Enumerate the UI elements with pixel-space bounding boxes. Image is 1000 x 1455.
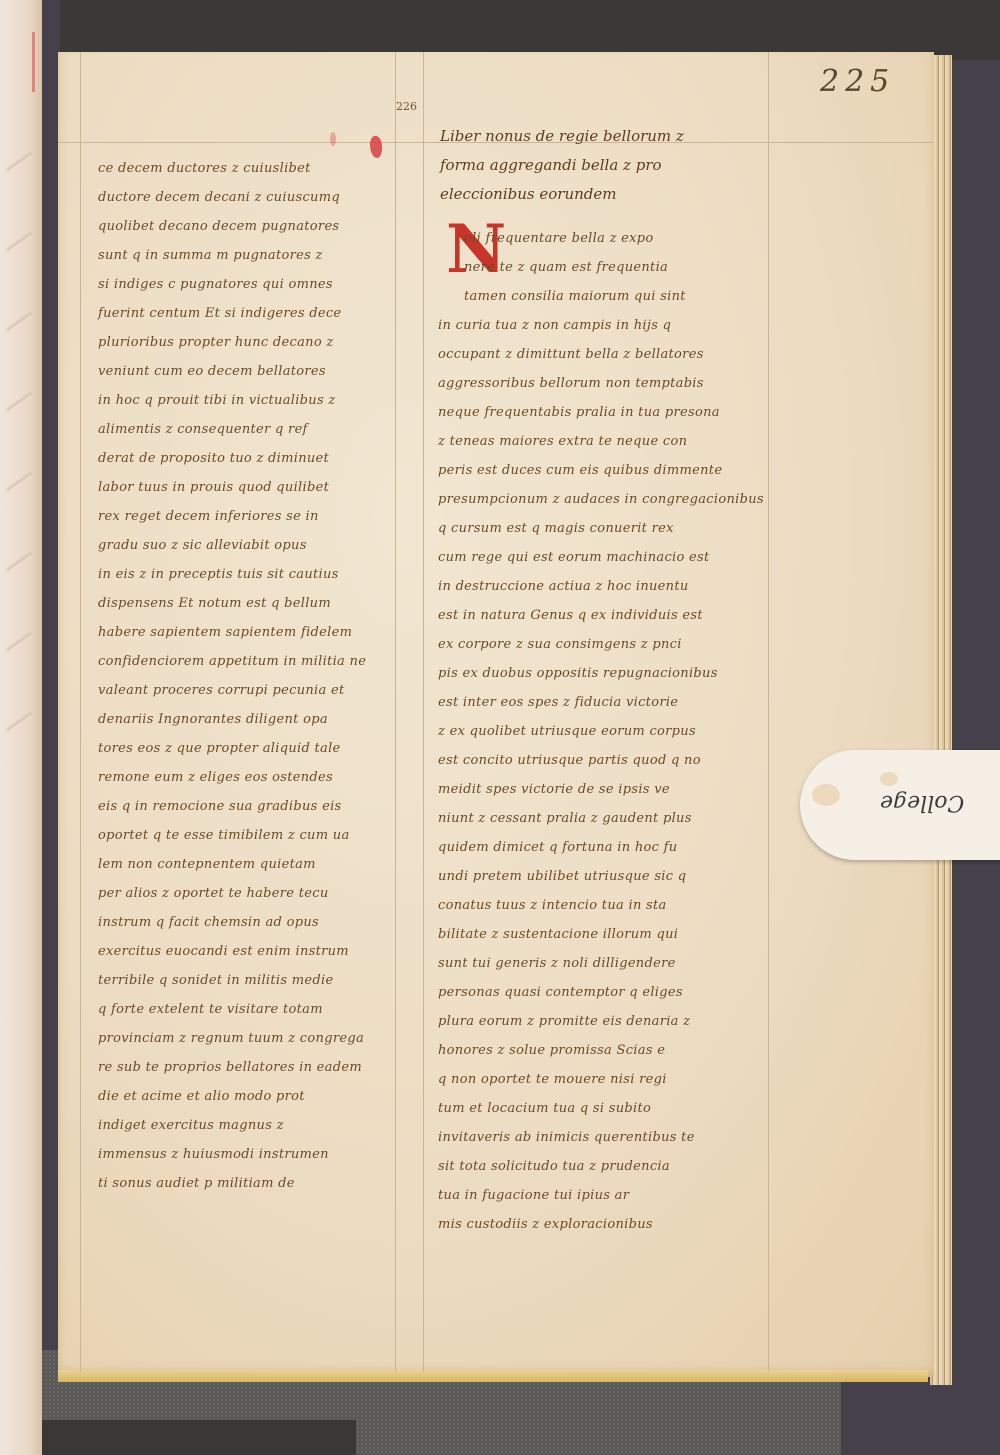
text-line: per alios z oportet te habere tecu [98,879,418,908]
text-line: die et acime et alio modo prot [98,1082,418,1111]
rubric-line: Liber nonus de regie bellorum z [440,122,780,151]
text-line: cum rege qui est eorum machinacio est [438,543,778,572]
text-line: nere te z quam est frequentia [438,253,778,282]
text-line: fuerint centum Et si indigeres dece [98,299,418,328]
text-line: plurioribus propter hunc decano z [98,328,418,357]
text-line: tua in fugacione tui ipius ar [438,1181,778,1210]
folio-number: 225 [820,64,895,99]
text-line: provinciam z regnum tuum z congrega [98,1024,418,1053]
text-line: confidenciorem appetitum in militia ne [98,647,418,676]
text-line: personas quasi contemptor q eliges [438,978,778,1007]
text-line: immensus z huiusmodi instrumen [98,1140,418,1169]
text-line: est concito utriusque partis quod q no [438,746,778,775]
text-line: in eis z in preceptis tuis sit cautius [98,560,418,589]
text-line: remone eum z eliges eos ostendes [98,763,418,792]
text-line: sunt tui generis z noli dilligendere [438,949,778,978]
text-line: aggressoribus bellorum non temptabis [438,369,778,398]
text-line: habere sapientem sapientem fidelem [98,618,418,647]
text-line: oli frequentare bella z expo [438,224,778,253]
text-line: denariis Ingnorantes diligent opa [98,705,418,734]
text-line: pis ex duobus oppositis repugnacionibus [438,659,778,688]
text-line: presumpcionum z audaces in congregacioni… [438,485,778,514]
text-line: est in natura Genus q ex individuis est [438,601,778,630]
text-line: instrum q facit chemsin ad opus [98,908,418,937]
text-line: veniunt cum eo decem bellatores [98,357,418,386]
text-line: eis q in remocione sua gradibus eis [98,792,418,821]
book-heading-rubric: Liber nonus de regie bellorum z forma ag… [440,122,780,209]
text-line: tum et locacium tua q si subito [438,1094,778,1123]
dark-background-top [60,0,1000,60]
text-line: conatus tuus z intencio tua in sta [438,891,778,920]
text-line: plura eorum z promitte eis denaria z [438,1007,778,1036]
text-line: quolibet decano decem pugnatores [98,212,418,241]
ruling-line-left [80,52,81,1372]
text-line: terribile q sonidet in militis medie [98,966,418,995]
text-line: ex corpore z sua consimgens z pnci [438,630,778,659]
text-line: sit tota solicitudo tua z prudencia [438,1152,778,1181]
bookmark-tab-label: College [880,790,964,815]
facing-page-edge [0,0,42,1455]
text-line: derat de proposito tuo z diminuet [98,444,418,473]
text-line: lem non contepnentem quietam [98,850,418,879]
text-line: q cursum est q magis conuerit rex [438,514,778,543]
text-line: alimentis z consequenter q ref [98,415,418,444]
text-line: z ex quolibet utriusque eorum corpus [438,717,778,746]
text-line: re sub te proprios bellatores in eadem [98,1053,418,1082]
text-line: ductore decem decani z cuiuscumq [98,183,418,212]
text-line: labor tuus in prouis quod quilibet [98,473,418,502]
text-line: gradu suo z sic alleviabit opus [98,531,418,560]
text-line: niunt z cessant pralia z gaudent plus [438,804,778,833]
text-line: meidit spes victorie de se ipsis ve [438,775,778,804]
text-line: bilitate z sustentacione illorum qui [438,920,778,949]
text-line: rex reget decem inferiores se in [98,502,418,531]
text-line: est inter eos spes z fiducia victorie [438,688,778,717]
text-line: z teneas maiores extra te neque con [438,427,778,456]
foam-shadow [36,1420,356,1455]
text-line: sunt q in summa m pugnatores z [98,241,418,270]
rubric-line: eleccionibus eorundem [440,180,780,209]
text-line: peris est duces cum eis quibus dimmente [438,456,778,485]
ruling-line-center-right [423,52,424,1372]
left-text-column: ce decem ductores z cuiuslibet ductore d… [98,154,418,1198]
text-line: quidem dimicet q fortuna in hoc fu [438,833,778,862]
text-line: occupant z dimittunt bella z bellatores [438,340,778,369]
text-line: invitaveris ab inimicis querentibus te [438,1123,778,1152]
text-line: q non oportet te mouere nisi regi [438,1065,778,1094]
text-line: honores z solue promissa Scias e [438,1036,778,1065]
text-line: ti sonus audiet p militiam de [98,1169,418,1198]
text-line: exercitus euocandi est enim instrum [98,937,418,966]
page-bottom-edge [58,1370,928,1382]
text-line: indiget exercitus magnus z [98,1111,418,1140]
text-line: dispensens Et notum est q bellum [98,589,418,618]
text-line: valeant proceres corrupi pecunia et [98,676,418,705]
text-line: q forte extelent te visitare totam [98,995,418,1024]
text-line: mis custodiis z exploracionibus [438,1210,778,1239]
text-line: si indiges c pugnatores qui omnes [98,270,418,299]
text-line: in destruccione actiua z hoc inuentu [438,572,778,601]
text-line: in curia tua z non campis in hijs q [438,311,778,340]
rubric-line: forma aggregandi bella z pro [440,151,780,180]
text-line: in hoc q prouit tibi in victualibus z [98,386,418,415]
text-line: tores eos z que propter aliquid tale [98,734,418,763]
text-line: oportet q te esse timibilem z cum ua [98,821,418,850]
old-folio-number: 226 [396,100,417,113]
text-line: undi pretem ubilibet utriusque sic q [438,862,778,891]
text-line: tamen consilia maiorum qui sint [438,282,778,311]
text-line: neque frequentabis pralia in tua presona [438,398,778,427]
right-text-column: oli frequentare bella z expo nere te z q… [438,224,778,1239]
text-line: ce decem ductores z cuiuslibet [98,154,418,183]
red-ink-speck [330,132,336,146]
facing-page-red-initial [32,32,41,92]
